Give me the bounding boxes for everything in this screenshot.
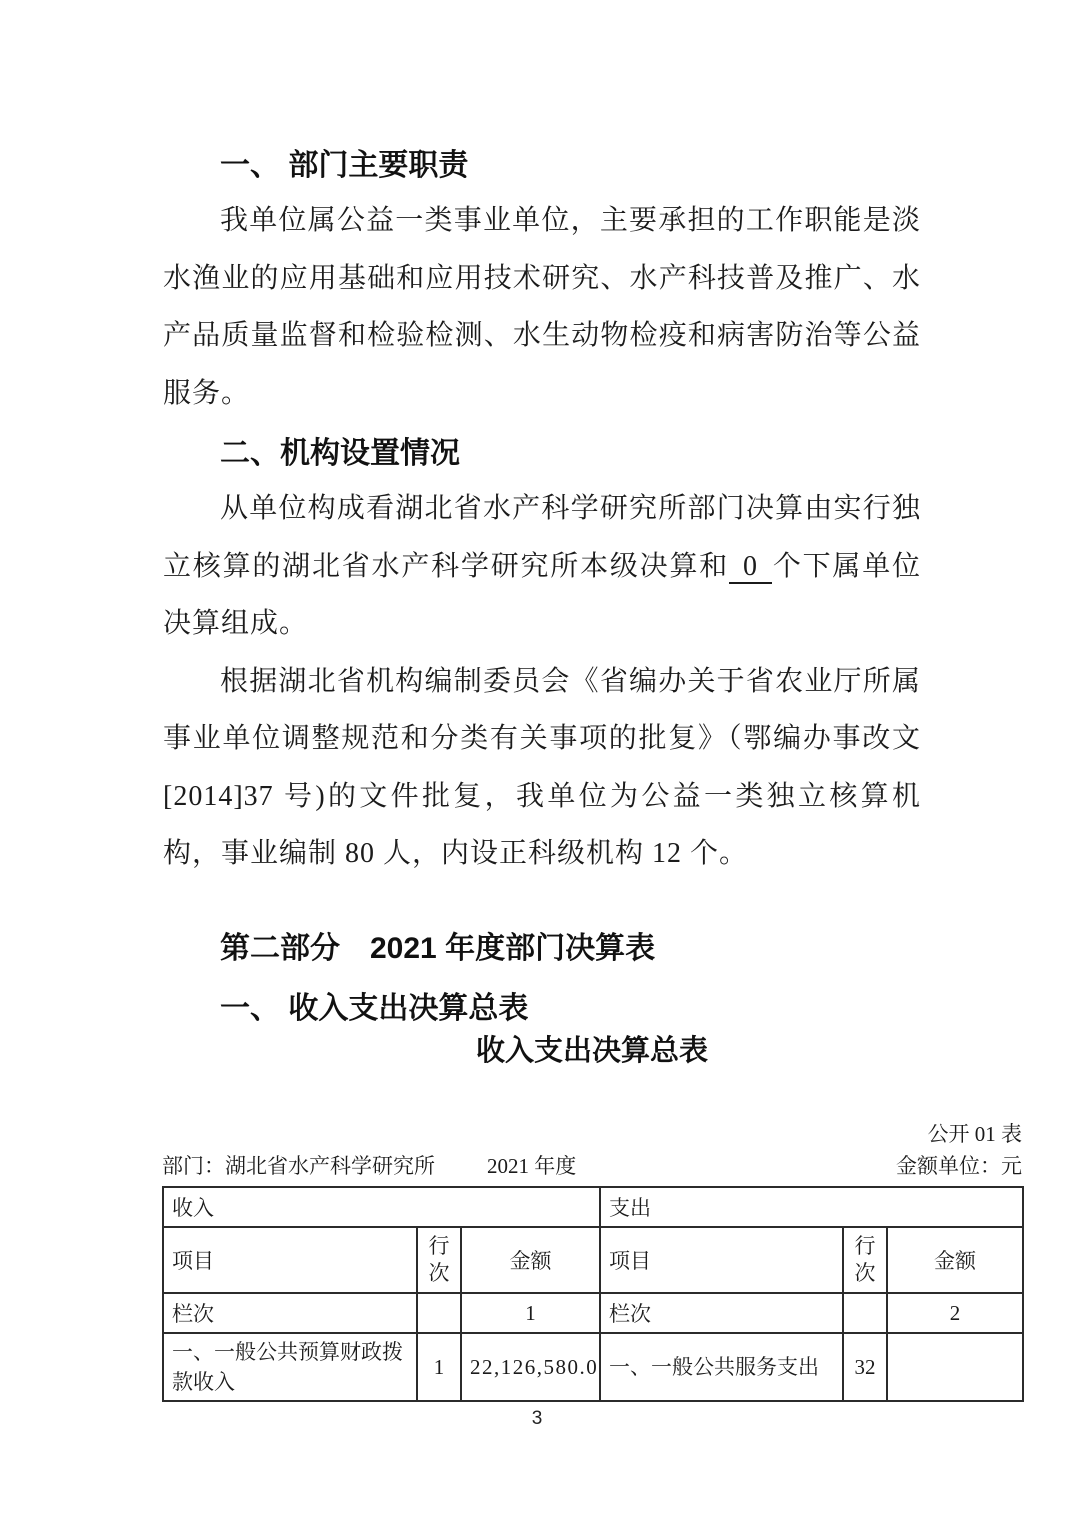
table-meta-left: 部门：湖北省水产科学研究所2021 年度 bbox=[162, 1150, 576, 1182]
income-column-index-line-empty bbox=[417, 1293, 461, 1333]
expense-column-index-line-empty bbox=[843, 1293, 887, 1333]
expense-amount-header: 金额 bbox=[887, 1227, 1023, 1293]
expense-section-header: 支出 bbox=[600, 1187, 1023, 1227]
part2-heading: 第二部分 2021 年度部门决算表 bbox=[163, 923, 921, 975]
body-text-block: 一、 部门主要职责 我单位属公益一类事业单位，主要承担的工作职能是淡水渔业的应用… bbox=[163, 140, 921, 1035]
expense-row1-amount bbox=[887, 1333, 1023, 1401]
expense-line-no-header: 行次 bbox=[843, 1227, 887, 1293]
expense-row1-line-no: 32 bbox=[843, 1333, 887, 1401]
section2-paragraph: 从单位构成看湖北省水产科学研究所部门决算由实行独立核算的湖北省水产科学研究所本级… bbox=[163, 480, 921, 653]
income-row1-line-no: 1 bbox=[417, 1333, 461, 1401]
budget-summary-table: 收入 支出 项目 行次 金额 项目 行次 金额 栏次 1 栏次 2 一、一般公共… bbox=[162, 1186, 1024, 1402]
year-label: 2021 年度 bbox=[487, 1154, 576, 1178]
income-amount-header: 金额 bbox=[461, 1227, 600, 1293]
section2-paragraph-2: 根据湖北省机构编制委员会《省编办关于省农业厅所属事业单位调整规范和分类有关事项的… bbox=[163, 653, 921, 883]
expense-row1-item: 一、一般公共服务支出 bbox=[600, 1333, 843, 1401]
section2-heading: 二、机构设置情况 bbox=[163, 428, 921, 480]
expense-item-header: 项目 bbox=[600, 1227, 843, 1293]
table-title: 收入支出决算总表 bbox=[162, 1028, 1022, 1074]
section1-heading: 一、 部门主要职责 bbox=[163, 140, 921, 192]
table-row-column-index: 栏次 1 栏次 2 bbox=[163, 1293, 1023, 1333]
sheet-number-label: 公开 01 表 bbox=[162, 1118, 1022, 1150]
income-column-index-label: 栏次 bbox=[163, 1293, 417, 1333]
part2-sub-heading: 一、 收入支出决算总表 bbox=[163, 983, 921, 1035]
document-page: 一、 部门主要职责 我单位属公益一类事业单位，主要承担的工作职能是淡水渔业的应用… bbox=[0, 0, 1074, 1520]
department-label: 部门：湖北省水产科学研究所 bbox=[162, 1154, 435, 1178]
table-section: 收入支出决算总表 公开 01 表 部门：湖北省水产科学研究所2021 年度 金额… bbox=[162, 1028, 1022, 1402]
table-row-sections: 收入 支出 bbox=[163, 1187, 1023, 1227]
income-row1-amount: 22,126,580.00 bbox=[461, 1333, 600, 1401]
income-line-no-header: 行次 bbox=[417, 1227, 461, 1293]
income-section-header: 收入 bbox=[163, 1187, 600, 1227]
table-row-data-1: 一、一般公共预算财政拨款收入 1 22,126,580.00 一、一般公共服务支… bbox=[163, 1333, 1023, 1401]
income-column-number: 1 bbox=[461, 1293, 600, 1333]
page-number: 3 bbox=[0, 1408, 1074, 1430]
expense-column-number: 2 bbox=[887, 1293, 1023, 1333]
table-meta-line: 部门：湖北省水产科学研究所2021 年度 金额单位：元 bbox=[162, 1150, 1022, 1182]
amount-unit-label: 金额单位：元 bbox=[896, 1150, 1022, 1182]
underlined-zero-value: 0 bbox=[729, 551, 772, 584]
section1-paragraph: 我单位属公益一类事业单位，主要承担的工作职能是淡水渔业的应用基础和应用技术研究、… bbox=[163, 192, 921, 422]
table-row-column-headers: 项目 行次 金额 项目 行次 金额 bbox=[163, 1227, 1023, 1293]
income-row1-item: 一、一般公共预算财政拨款收入 bbox=[163, 1333, 417, 1401]
income-item-header: 项目 bbox=[163, 1227, 417, 1293]
expense-column-index-label: 栏次 bbox=[600, 1293, 843, 1333]
